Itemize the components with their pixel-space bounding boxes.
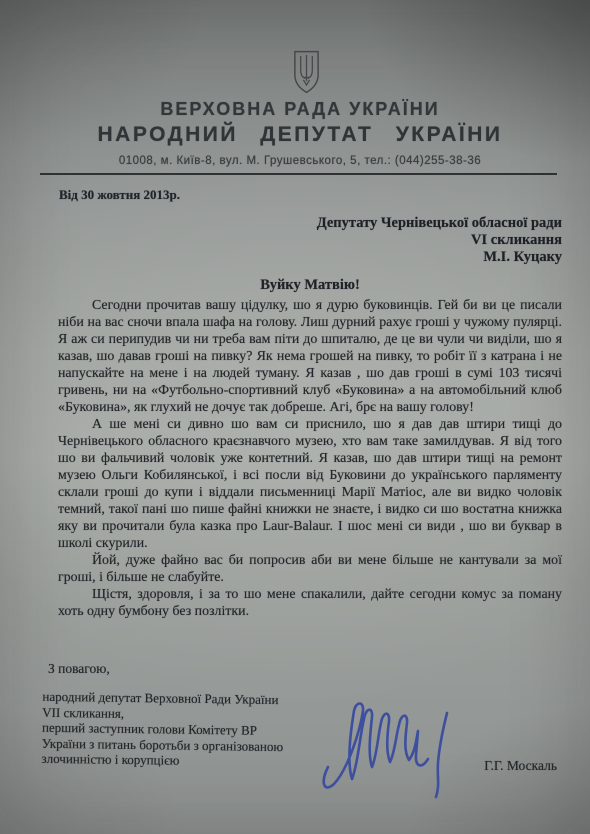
- closing: З повагою,: [48, 661, 110, 677]
- recipient-line-3: М.І. Куцаку: [317, 249, 562, 266]
- handwritten-signature: [312, 697, 462, 802]
- signer-name: Г.Г. Москаль: [484, 758, 557, 774]
- org-name: ВЕРХОВНА РАДА УКРАЇНИ: [20, 99, 580, 120]
- letter-body: Сегодни прочитав вашу цідулку, шо я дурю…: [58, 297, 562, 620]
- recipient-line-1: Депутату Чернівецької обласної ради: [317, 215, 562, 232]
- header-divider: [40, 173, 557, 175]
- paragraph-3: Йой, дуже файно вас би попросив аби ви м…: [58, 552, 562, 586]
- salutation: Вуйку Матвію!: [58, 277, 562, 294]
- deputy-title: НАРОДНИЙ ДЕПУТАТ УКРАЇНИ: [20, 123, 580, 147]
- letter-photo: ВЕРХОВНА РАДА УКРАЇНИ НАРОДНИЙ ДЕПУТАТ У…: [0, 0, 590, 834]
- recipient-block: Депутату Чернівецької обласної ради VI с…: [317, 215, 562, 266]
- recipient-line-2: VI скликання: [317, 232, 562, 249]
- ukraine-trident-icon: [291, 49, 322, 95]
- paragraph-1: Сегодни прочитав вашу цідулку, шо я дурю…: [58, 297, 562, 416]
- paragraph-2: А ше мені си дивно шо вам си приснило, ш…: [58, 416, 562, 552]
- address-line: 01008, м. Київ-8, вул. М. Грушевського, …: [20, 155, 580, 167]
- paragraph-4: Щістя, здоровля, і за то шо мене спакали…: [58, 586, 562, 620]
- date-line: Від 30 жовтня 2013р.: [59, 187, 180, 203]
